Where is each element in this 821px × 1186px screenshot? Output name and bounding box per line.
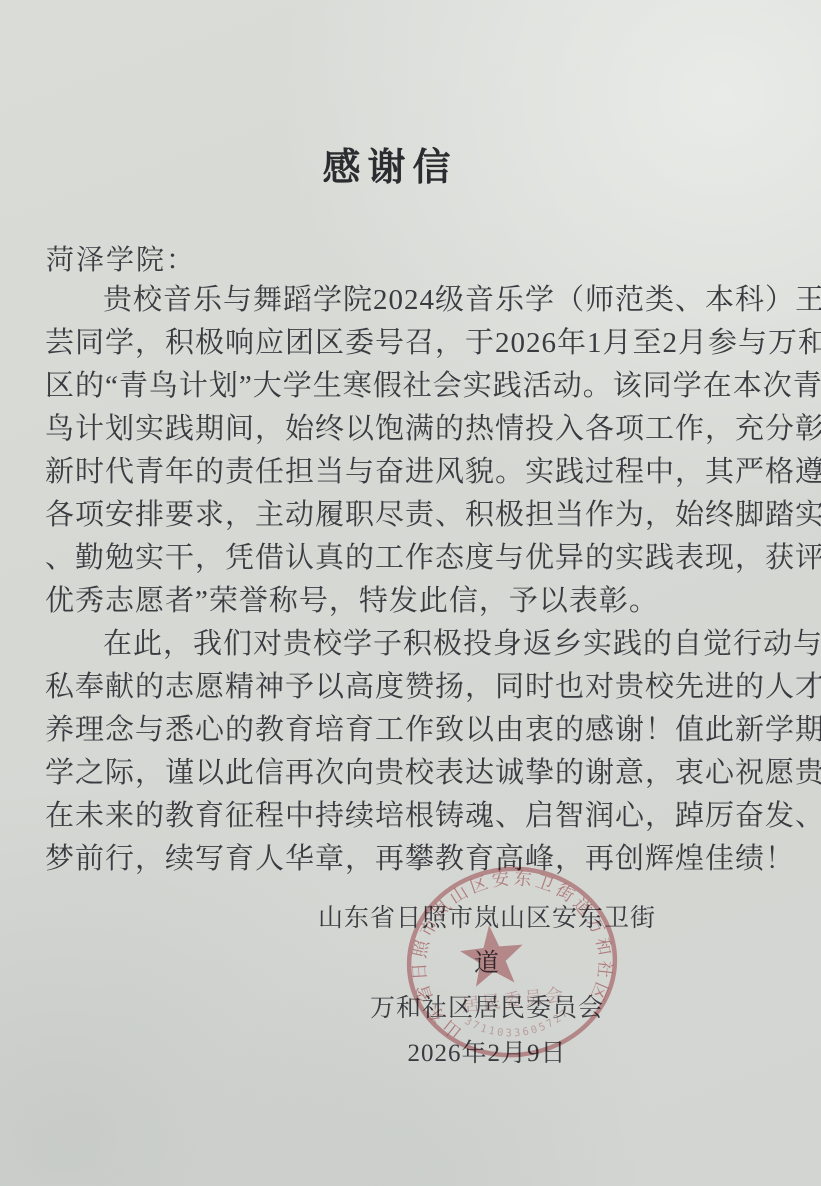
salutation: 菏泽学院： [46,238,196,278]
letter-page: 感谢信 菏泽学院： 贵校音乐与舞蹈学院2024级音乐学（师范类、本科）王培芸同学… [0,0,821,1186]
body-line: 私奉献的志愿精神予以高度赞扬，同时也对贵校先进的人才培 [45,666,785,709]
body-line: 学之际，谨以此信再次向贵校表达诚挚的谢意，衷心祝愿贵校 [45,752,785,795]
body-line: 养理念与悉心的教育培育工作致以由衷的感谢！值此新学期开 [45,709,785,752]
body-line: 梦前行，续写育人华章，再攀教育高峰，再创辉煌佳绩！ [45,838,785,881]
signature-date: 2026年2月9日 [312,1031,662,1076]
signature-block: 山东省日照市岚山区安东卫街道 万和社区居民委员会 2026年2月9日 [312,896,662,1076]
body-line: 在未来的教育征程中持续培根铸魂、启智润心，踔厉奋发、筑 [45,795,785,838]
body-line: 、勤勉实干，凭借认真的工作态度与优异的实践表现，获评“ [45,537,785,580]
paragraph-2: 在此，我们对贵校学子积极投身返乡实践的自觉行动与无私奉献的志愿精神予以高度赞扬，… [45,623,785,881]
signature-org-line1: 山东省日照市岚山区安东卫街道 [312,896,662,986]
body-line: 贵校音乐与舞蹈学院2024级音乐学（师范类、本科）王培 [45,279,785,322]
body-line: 鸟计划实践期间，始终以饱满的热情投入各项工作，充分彰显 [45,408,785,451]
letter-body: 贵校音乐与舞蹈学院2024级音乐学（师范类、本科）王培芸同学，积极响应团区委号召… [45,279,785,881]
letter-title: 感谢信 [0,136,780,191]
signature-org-line2: 万和社区居民委员会 [312,986,662,1031]
body-line: 在此，我们对贵校学子积极投身返乡实践的自觉行动与无 [45,623,785,666]
body-line: 优秀志愿者”荣誉称号，特发此信，予以表彰。 [45,580,785,623]
paragraph-1: 贵校音乐与舞蹈学院2024级音乐学（师范类、本科）王培芸同学，积极响应团区委号召… [45,279,785,623]
body-line: 芸同学，积极响应团区委号召，于2026年1月至2月参与万和社 [45,322,785,365]
body-line: 各项安排要求，主动履职尽责、积极担当作为，始终脚踏实地 [45,494,785,537]
body-line: 区的“青鸟计划”大学生寒假社会实践活动。该同学在本次青 [45,365,785,408]
body-line: 新时代青年的责任担当与奋进风貌。实践过程中，其严格遵守 [45,451,785,494]
